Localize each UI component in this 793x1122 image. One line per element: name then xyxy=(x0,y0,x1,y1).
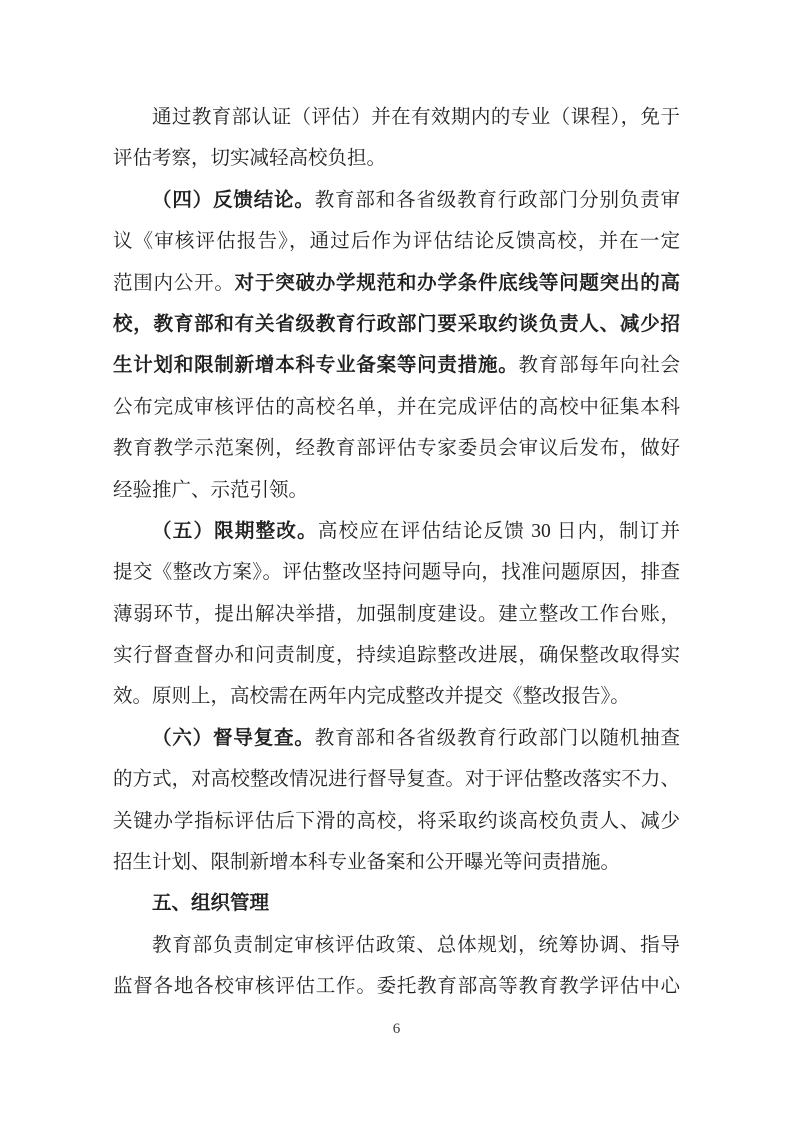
text-line: 效。原则上，高校需在两年内完成整改并提交《整改报告》。 xyxy=(113,676,680,717)
text-line: 经验推广、示范引领。 xyxy=(113,470,680,511)
text-line: 提交《整改方案》。评估整改坚持问题导向，找准问题原因，排查 xyxy=(113,552,680,593)
bold-text-run: 对于突破办学规范和办学条件底线等问题突出的高 xyxy=(235,272,680,294)
text-run: 高校应在评估结论反馈 30 日内，制订并 xyxy=(318,521,680,542)
text-run: 教育部负责制定审核评估政策、总体规划，统筹协调、指导 xyxy=(152,935,680,956)
bold-text-run: （六）督导复查。 xyxy=(152,727,315,749)
text-run: 公布完成审核评估的高校名单，并在完成评估的高校中征集本科 xyxy=(113,397,680,418)
text-run: 的方式，对高校整改情况进行督导复查。对于评估整改落实不力、 xyxy=(113,769,680,790)
text-line: 实行督查督办和问责制度，持续追踪整改进展，确保整改取得实 xyxy=(113,635,680,676)
bold-text-run: （五）限期整改。 xyxy=(152,520,318,542)
bold-text-run: 生计划和限制新增本科专业备案等问责措施。 xyxy=(113,354,519,376)
text-line: 薄弱环节，提出解决举措，加强制度建设。建立整改工作台账， xyxy=(113,594,680,635)
bold-text-run: 校，教育部和有关省级教育行政部门要采取约谈负责人、减少招 xyxy=(113,313,680,335)
text-line: 生计划和限制新增本科专业备案等问责措施。教育部每年向社会 xyxy=(113,345,680,386)
text-run: 监督各地各校审核评估工作。委托教育部高等教育教学评估中心 xyxy=(113,976,680,997)
text-line: 范围内公开。对于突破办学规范和办学条件底线等问题突出的高 xyxy=(113,263,680,304)
text-line: 教育教学示范案例，经教育部评估专家委员会审议后发布，做好 xyxy=(113,428,680,469)
document-body: 通过教育部认证（评估）并在有效期内的专业（课程），免于评估考察，切实减轻高校负担… xyxy=(113,97,680,1008)
text-line: 的方式，对高校整改情况进行督导复查。对于评估整改落实不力、 xyxy=(113,759,680,800)
text-run: 议《审核评估报告》，通过后作为评估结论反馈高校，并在一定 xyxy=(113,231,680,252)
text-run: 教育部每年向社会 xyxy=(519,355,680,376)
text-run: 范围内公开。 xyxy=(113,273,235,294)
page-footer: 6 xyxy=(0,1018,793,1040)
section-heading: 五、组织管理 xyxy=(113,883,680,924)
text-line: 招生计划、限制新增本科专业备案和公开曝光等问责措施。 xyxy=(113,842,680,883)
text-run: 教育部和各省级教育行政部门以随机抽查 xyxy=(315,728,680,749)
text-line: （五）限期整改。高校应在评估结论反馈 30 日内，制订并 xyxy=(113,511,680,552)
text-line: （六）督导复查。教育部和各省级教育行政部门以随机抽查 xyxy=(113,718,680,759)
text-run: 效。原则上，高校需在两年内完成整改并提交《整改报告》。 xyxy=(113,686,630,707)
bold-text-run: 五、组织管理 xyxy=(152,892,269,914)
text-run: 通过教育部认证（评估）并在有效期内的专业（课程），免于 xyxy=(152,107,680,128)
document-page: 通过教育部认证（评估）并在有效期内的专业（课程），免于评估考察，切实减轻高校负担… xyxy=(0,0,793,1122)
text-run: 薄弱环节，提出解决举措，加强制度建设。建立整改工作台账， xyxy=(113,604,680,625)
text-line: 评估考察，切实减轻高校负担。 xyxy=(113,138,680,179)
text-line: 关键办学指标评估后下滑的高校，将采取约谈高校负责人、减少 xyxy=(113,801,680,842)
text-run: 教育部和各省级教育行政部门分别负责审 xyxy=(315,190,680,211)
text-line: 公布完成审核评估的高校名单，并在完成评估的高校中征集本科 xyxy=(113,387,680,428)
page-number: 6 xyxy=(393,1021,401,1037)
text-line: （四）反馈结论。教育部和各省级教育行政部门分别负责审 xyxy=(113,180,680,221)
text-line: 监督各地各校审核评估工作。委托教育部高等教育教学评估中心 xyxy=(113,966,680,1007)
text-run: 教育教学示范案例，经教育部评估专家委员会审议后发布，做好 xyxy=(113,438,680,459)
bold-text-run: （四）反馈结论。 xyxy=(152,189,315,211)
text-line: 校，教育部和有关省级教育行政部门要采取约谈负责人、减少招 xyxy=(113,304,680,345)
text-run: 招生计划、限制新增本科专业备案和公开曝光等问责措施。 xyxy=(113,852,620,873)
text-line: 教育部负责制定审核评估政策、总体规划，统筹协调、指导 xyxy=(113,925,680,966)
text-run: 关键办学指标评估后下滑的高校，将采取约谈高校负责人、减少 xyxy=(113,811,680,832)
text-run: 实行督查督办和问责制度，持续追踪整改进展，确保整改取得实 xyxy=(113,645,680,666)
text-run: 评估考察，切实减轻高校负担。 xyxy=(113,148,386,169)
text-run: 提交《整改方案》。评估整改坚持问题导向，找准问题原因，排查 xyxy=(113,562,680,583)
text-line: 通过教育部认证（评估）并在有效期内的专业（课程），免于 xyxy=(113,97,680,138)
text-line: 议《审核评估报告》，通过后作为评估结论反馈高校，并在一定 xyxy=(113,221,680,262)
text-run: 经验推广、示范引领。 xyxy=(113,480,308,501)
